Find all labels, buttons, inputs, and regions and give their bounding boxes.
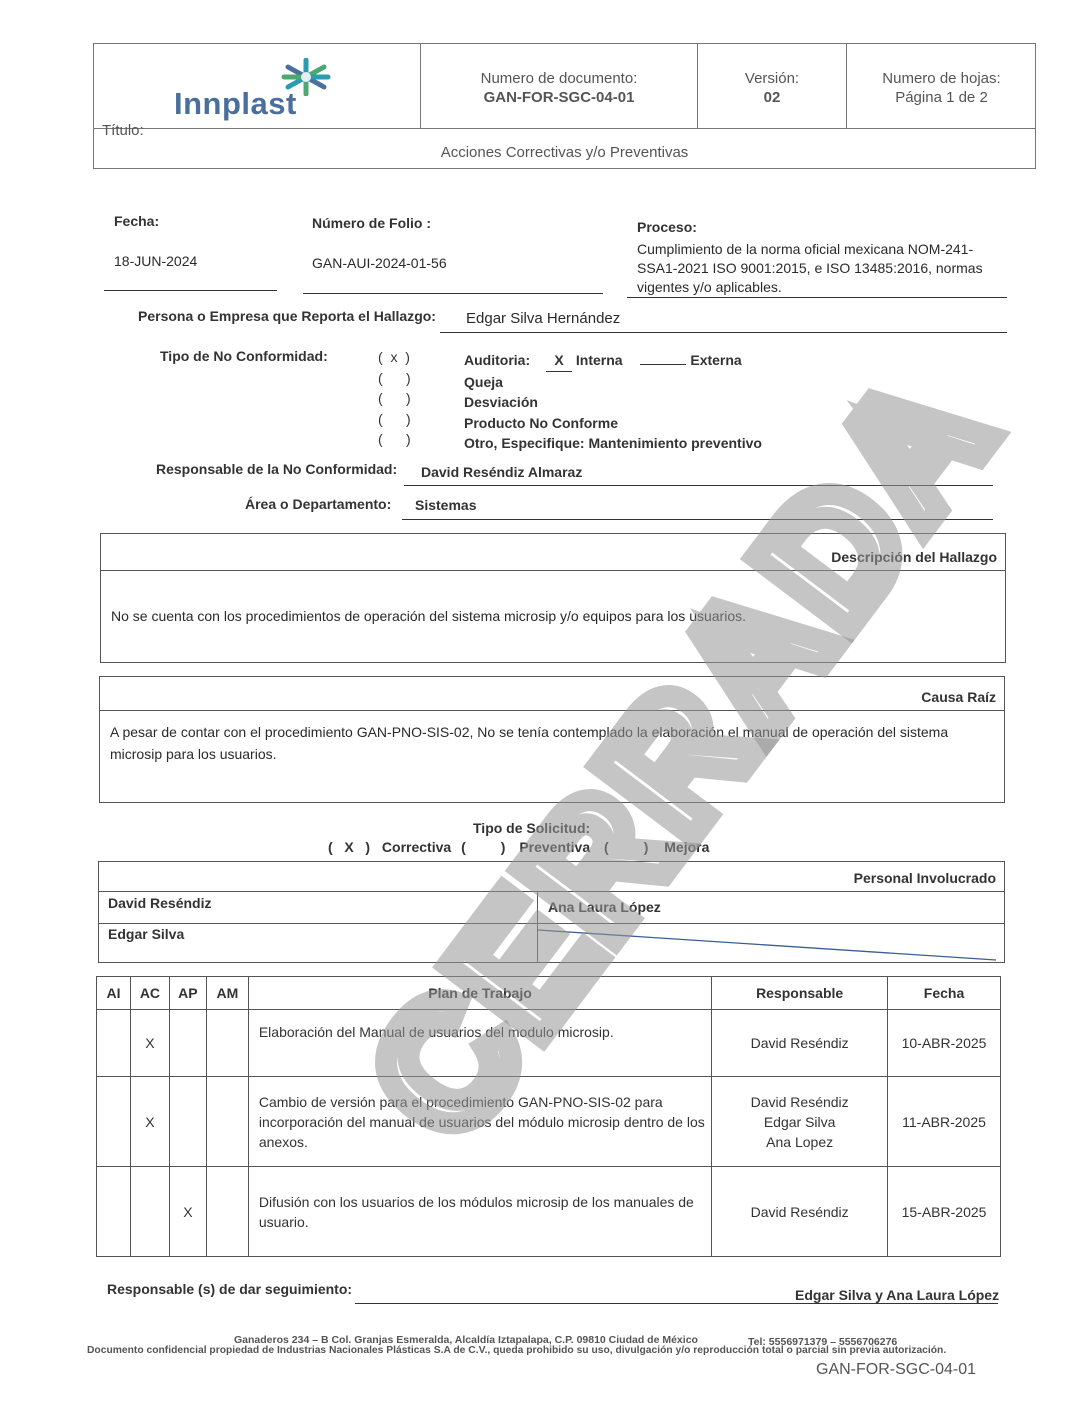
doc-number: GAN-FOR-SGC-04-01: [421, 89, 697, 106]
root-cause-text: A pesar de contar con el procedimiento G…: [110, 721, 948, 765]
cell-ap: [169, 1077, 206, 1167]
col-am: AM: [206, 977, 248, 1010]
request-mejora-label: Mejora: [664, 839, 709, 855]
root-cause-line: microsip para los usuarios.: [110, 743, 948, 765]
nc-option-label: Auditoria:: [464, 352, 530, 368]
cell-ac: X: [130, 1010, 169, 1077]
request-type-label: Tipo de Solicitud:: [473, 820, 590, 836]
finding-box: Descripción del Hallazgo No se cuenta co…: [100, 533, 1006, 663]
table-row: X Elaboración del Manual de usuarios del…: [97, 1010, 1001, 1077]
logo-text: Innplast: [174, 86, 297, 122]
col-ap: AP: [169, 977, 206, 1010]
col-ac: AC: [130, 977, 169, 1010]
header-row: Innplast Numero de documento: GAN-FOR-SG…: [94, 44, 1035, 129]
doc-number-label: Numero de documento:: [421, 70, 697, 87]
audit-internal-mark[interactable]: X: [546, 350, 572, 372]
area-underline: [402, 519, 993, 520]
personnel-box: Personal Involucrado David Reséndiz Ana …: [98, 861, 1005, 963]
table-row: X Cambio de versión para el procedimient…: [97, 1077, 1001, 1167]
proceso-value: Cumplimiento de la norma oficial mexican…: [637, 240, 983, 297]
folio-label: Número de Folio :: [312, 215, 431, 231]
responsible-label: Responsable de la No Conformidad:: [156, 461, 397, 477]
cell-am: [206, 1077, 248, 1167]
proceso-line: vigentes y/o aplicables.: [637, 278, 983, 297]
cell-responsible: David Reséndiz: [712, 1010, 888, 1077]
cell-task: Cambio de versión para el procedimiento …: [248, 1077, 711, 1167]
nc-option-label: Queja: [464, 372, 762, 393]
work-plan-table: AI AC AP AM Plan de Trabajo Responsable …: [96, 976, 1001, 1257]
version-cell: Versión: 02: [697, 44, 846, 128]
cell-ai: [97, 1077, 131, 1167]
footer-code: GAN-FOR-SGC-04-01: [816, 1361, 976, 1379]
responsible-underline: [404, 485, 993, 486]
pages-cell: Numero de hojas: Página 1 de 2: [846, 44, 1036, 128]
cell-date: 11-ABR-2025: [888, 1077, 1001, 1167]
folio-underline: [303, 293, 603, 294]
version-label: Versión:: [698, 70, 846, 87]
fecha-value: 18-JUN-2024: [114, 253, 197, 269]
version-value: 02: [698, 89, 846, 106]
cell-task: Elaboración del Manual de usuarios del m…: [248, 1010, 711, 1077]
empty-cell-strike-line: [538, 924, 1004, 962]
reporter-value: Edgar Silva Hernández: [466, 310, 620, 327]
root-cause-box: Causa Raíz A pesar de contar con el proc…: [99, 676, 1005, 803]
proceso-underline: [627, 297, 1007, 298]
col-date: Fecha: [888, 977, 1001, 1010]
cell-am: [206, 1167, 248, 1257]
company-logo: Innplast: [94, 44, 420, 128]
personnel-header: Personal Involucrado: [99, 862, 1004, 892]
root-cause-header: Causa Raíz: [100, 677, 1004, 711]
nc-option-label: Producto No Conforme: [464, 413, 762, 434]
table-row: X Difusión con los usuarios de los módul…: [97, 1167, 1001, 1257]
cell-ac: [130, 1167, 169, 1257]
personnel-title: Personal Involucrado: [854, 870, 996, 886]
request-correctiva-checkbox[interactable]: ( X ): [328, 839, 370, 855]
cell-date: 15-ABR-2025: [888, 1167, 1001, 1257]
reporter-underline: [440, 332, 1007, 333]
finding-title: Descripción del Hallazgo: [831, 549, 997, 565]
pages-value: Página 1 de 2: [847, 89, 1036, 106]
root-cause-title: Causa Raíz: [921, 689, 996, 705]
cell-ai: [97, 1167, 131, 1257]
folio-value: GAN-AUI-2024-01-56: [312, 255, 447, 271]
cell-ap: [169, 1010, 206, 1077]
nc-checkbox[interactable]: ( x ): [378, 349, 428, 370]
cell-responsible: David Reséndiz Edgar Silva Ana Lopez: [712, 1077, 888, 1167]
nc-checkbox[interactable]: ( ): [378, 370, 428, 391]
title-label: Título:: [102, 122, 144, 139]
finding-text: No se cuenta con los procedimientos de o…: [111, 608, 746, 624]
col-responsible: Responsable: [712, 977, 888, 1010]
nc-option-auditoria: Auditoria: X Interna Externa: [464, 350, 762, 372]
nonconformity-checkboxes: ( x ) ( ) ( ) ( ) ( ): [378, 349, 428, 452]
col-plan: Plan de Trabajo: [248, 977, 711, 1010]
nc-checkbox[interactable]: ( ): [378, 431, 428, 452]
footer-confidential: Documento confidencial propiedad de Indu…: [87, 1345, 946, 1356]
personnel-name: Ana Laura López: [548, 899, 661, 915]
fecha-underline: [104, 290, 277, 291]
nonconformity-label: Tipo de No Conformidad:: [160, 348, 328, 364]
nc-option-label: Otro, Especifique: Mantenimiento prevent…: [464, 433, 762, 454]
personnel-name: Edgar Silva: [108, 926, 184, 942]
cell-responsible: David Reséndiz: [712, 1167, 888, 1257]
request-preventiva-checkbox[interactable]: ( ): [461, 839, 505, 855]
reporter-label: Persona o Empresa que Reporta el Hallazg…: [138, 308, 436, 324]
request-type-options: ( X ) Correctiva ( ) Preventiva ( ) Mejo…: [328, 839, 709, 855]
area-value: Sistemas: [415, 497, 476, 513]
nc-option-label: Desviación: [464, 392, 762, 413]
nc-checkbox[interactable]: ( ): [378, 390, 428, 411]
table-header-row: AI AC AP AM Plan de Trabajo Responsable …: [97, 977, 1001, 1010]
request-correctiva-label: Correctiva: [382, 839, 451, 855]
cell-ap: X: [169, 1167, 206, 1257]
finding-header: Descripción del Hallazgo: [101, 534, 1005, 571]
root-cause-line: A pesar de contar con el procedimiento G…: [110, 721, 948, 743]
responsible-value: David Reséndiz Almaraz: [421, 464, 582, 480]
fecha-label: Fecha:: [114, 213, 159, 229]
doc-number-cell: Numero de documento: GAN-FOR-SGC-04-01: [420, 44, 697, 128]
audit-internal-label: Interna: [576, 352, 623, 368]
followup-label: Responsable (s) de dar seguimiento:: [107, 1281, 352, 1297]
proceso-line: SSA1-2021 ISO 9001:2015, e ISO 13485:201…: [637, 259, 983, 278]
audit-external-label: Externa: [690, 352, 741, 368]
nonconformity-options: Auditoria: X Interna Externa Queja Desvi…: [464, 350, 762, 454]
proceso-label: Proceso:: [637, 219, 697, 235]
nc-checkbox[interactable]: ( ): [378, 411, 428, 432]
request-preventiva-label: Preventiva: [519, 839, 590, 855]
col-ai: AI: [97, 977, 131, 1010]
pages-label: Numero de hojas:: [847, 70, 1036, 87]
followup-underline: [355, 1303, 998, 1304]
cell-ai: [97, 1010, 131, 1077]
document-title: Acciones Correctivas y/o Preventivas: [94, 144, 1035, 161]
proceso-line: Cumplimiento de la norma oficial mexican…: [637, 240, 983, 259]
cell-date: 10-ABR-2025: [888, 1010, 1001, 1077]
cell-am: [206, 1010, 248, 1077]
followup-value: Edgar Silva y Ana Laura López: [795, 1287, 999, 1303]
request-mejora-checkbox[interactable]: ( ): [604, 839, 648, 855]
audit-external-mark[interactable]: [640, 364, 686, 365]
document-header: Innplast Numero de documento: GAN-FOR-SG…: [93, 43, 1036, 169]
cell-ac: X: [130, 1077, 169, 1167]
cell-task: Difusión con los usuarios de los módulos…: [248, 1167, 711, 1257]
area-label: Área o Departamento:: [245, 496, 391, 512]
personnel-name: David Reséndiz: [108, 895, 211, 911]
